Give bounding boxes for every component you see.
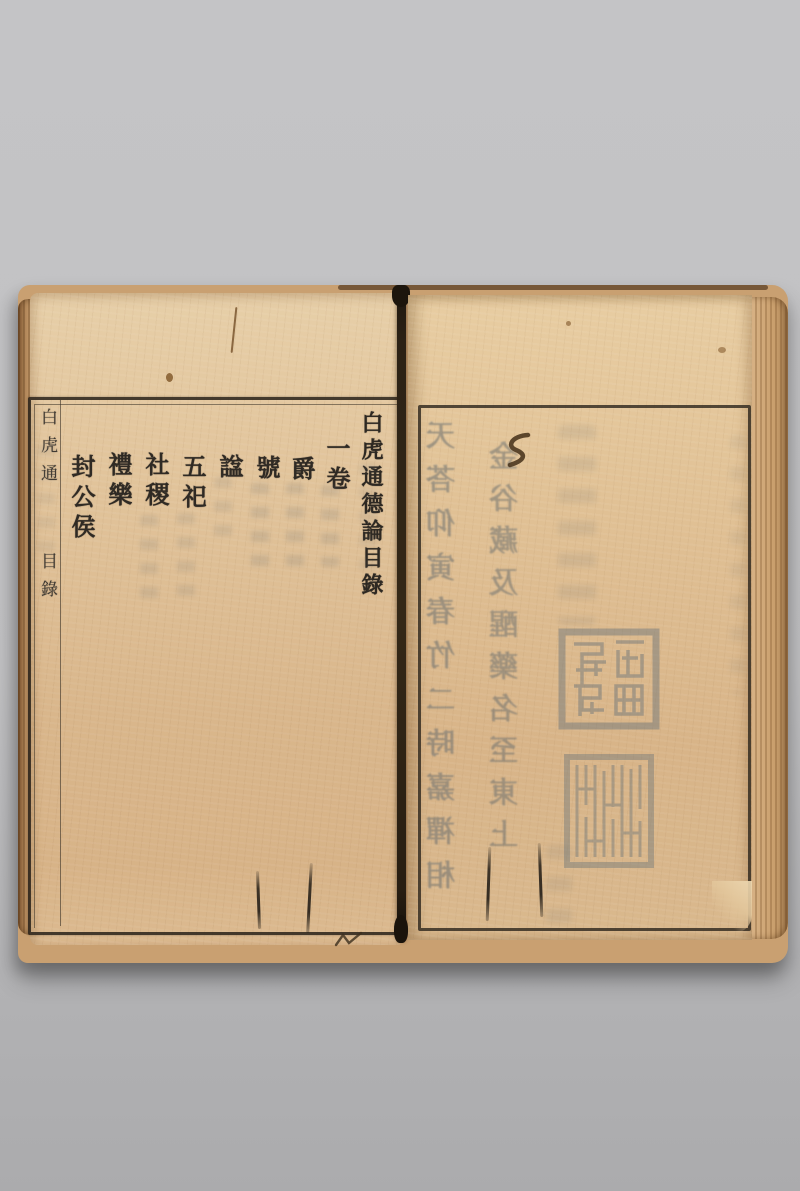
banxin-book-title: 白虎通 (35, 408, 60, 492)
bleedthrough-handwriting-column: 天荅仰寅春竹二時嘉禪相 (421, 420, 462, 904)
book-gutter-fold (397, 289, 406, 941)
toc-entry-sheji: 社稷 (138, 452, 173, 512)
toc-entry-volume: 一卷 (319, 436, 354, 496)
ink-squiggle-mark (500, 430, 536, 470)
toc-heading: 白虎通德論目錄 (356, 411, 387, 600)
ink-spot (718, 347, 726, 353)
ink-spot (566, 321, 571, 326)
toc-entry-fenggonghou: 封公侯 (64, 454, 99, 544)
toc-entry-hao: 號 (249, 455, 284, 485)
fiber-stain (231, 307, 238, 353)
book: 白虎通 目錄 白虎通德論目錄 一卷 爵 號 諡 五祀 社稷 禮樂 封公侯 (18, 285, 788, 963)
check-mark-stain (334, 931, 364, 949)
lower-rect-seal (563, 753, 655, 869)
book-right-page-edges (750, 297, 788, 939)
bleedthrough-handwriting-column: 金谷藏及醒藥名至東上 (484, 441, 525, 861)
banxin-column: 白虎通 目錄 (31, 400, 61, 926)
gutter-ink-blob (392, 285, 410, 307)
toc-entry-liyue: 禮樂 (101, 452, 136, 512)
ink-spot (166, 373, 173, 382)
upper-square-seal (558, 628, 660, 730)
photo-stage: 白虎通 目錄 白虎通德論目錄 一卷 爵 號 諡 五祀 社稷 禮樂 封公侯 (0, 0, 800, 1191)
gutter-ink-blob (394, 915, 408, 943)
banxin-section-label: 目錄 (35, 552, 60, 608)
toc-entry-jue: 爵 (284, 456, 319, 486)
toc-entry-wusi: 五祀 (175, 454, 210, 514)
curled-page-corner (712, 881, 752, 933)
toc-entry-shi: 諡 (212, 454, 247, 484)
